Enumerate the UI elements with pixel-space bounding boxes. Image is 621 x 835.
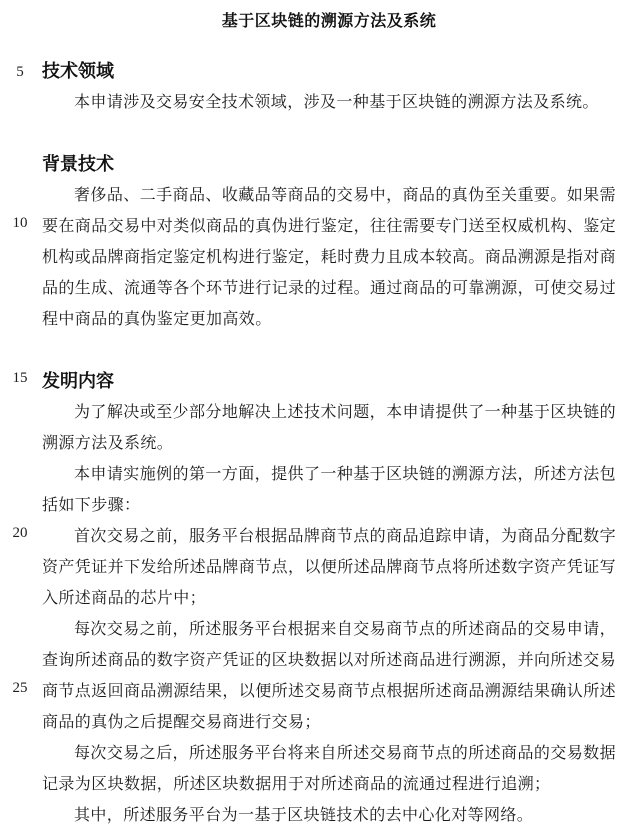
paragraph-background-art: 奢侈品、二手商品、收藏品等商品的交易中，商品的真伪至关重要。如果需要在商品交易中…	[42, 180, 616, 335]
paragraph-summary-2: 本申请实施例的第一方面，提供了一种基于区块链的溯源方法，所述方法包括如下步骤：	[42, 459, 616, 521]
paragraph-summary-4: 每次交易之前，所述服务平台根据来自交易商节点的所述商品的交易申请，查询所述商品的…	[42, 614, 616, 738]
paragraph-summary-3: 首次交易之前，服务平台根据品牌商节点的商品追踪申请，为商品分配数字资产凭证并下发…	[42, 521, 616, 614]
paragraph-summary-5: 每次交易之后，所述服务平台将来自所述交易商节点的所述商品的交易数据记录为区块数据…	[42, 738, 616, 800]
section-heading-technical-field: 技术领域	[42, 56, 616, 87]
paragraph-summary-6: 其中，所述服务平台为一基于区块链技术的去中心化对等网络。	[42, 800, 616, 831]
line-number-20: 20	[4, 524, 36, 542]
line-number-5: 5	[4, 63, 36, 81]
section-heading-background-art: 背景技术	[42, 149, 616, 180]
line-number-15: 15	[4, 369, 36, 387]
document-title: 基于区块链的溯源方法及系统	[42, 6, 616, 37]
line-number-10: 10	[4, 214, 36, 232]
section-heading-summary-of-invention: 发明内容	[42, 366, 616, 397]
patent-document-page: 5 10 15 20 25 基于区块链的溯源方法及系统 技术领域 本申请涉及交易…	[0, 0, 621, 835]
paragraph-summary-1: 为了解决或至少部分地解决上述技术问题，本申请提供了一种基于区块链的溯源方法及系统…	[42, 397, 616, 459]
paragraph-technical-field: 本申请涉及交易安全技术领域，涉及一种基于区块链的溯源方法及系统。	[42, 87, 616, 118]
line-number-25: 25	[4, 679, 36, 697]
document-body: 基于区块链的溯源方法及系统 技术领域 本申请涉及交易安全技术领域，涉及一种基于区…	[42, 6, 616, 831]
line-number-column: 5 10 15 20 25	[4, 0, 36, 835]
